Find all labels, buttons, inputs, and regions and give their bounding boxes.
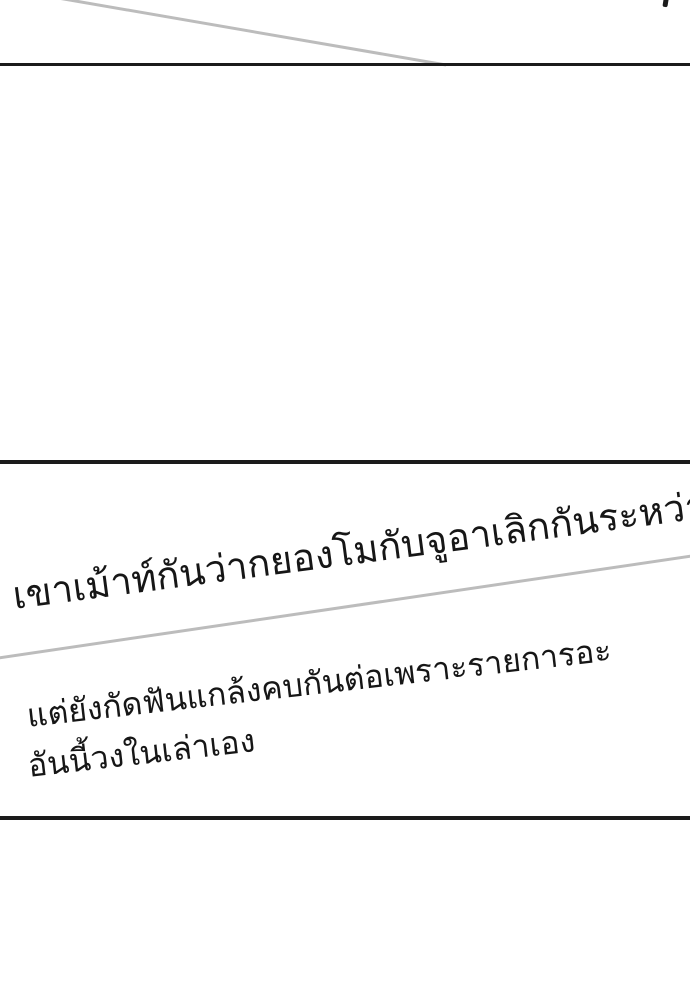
panel-border-middle [0,460,690,464]
cutoff-glyph-fragment [662,0,668,7]
webtoon-page: เขาเม้าท์กันว่ากยองโมกับจูอาเลิกกันระหว่… [0,0,690,986]
speed-lines-layer [0,0,690,986]
speed-line-top [58,0,446,65]
narration-line-2: แต่ยังกัดฟันแกล้งคบกันต่อเพราะรายการอะ [25,628,614,738]
panel-border-bottom [0,816,690,820]
narration-line-1: เขาเม้าท์กันว่ากยองโมกับจูอาเลิกกันระหว่… [10,453,690,622]
panel-border-top [0,63,690,66]
